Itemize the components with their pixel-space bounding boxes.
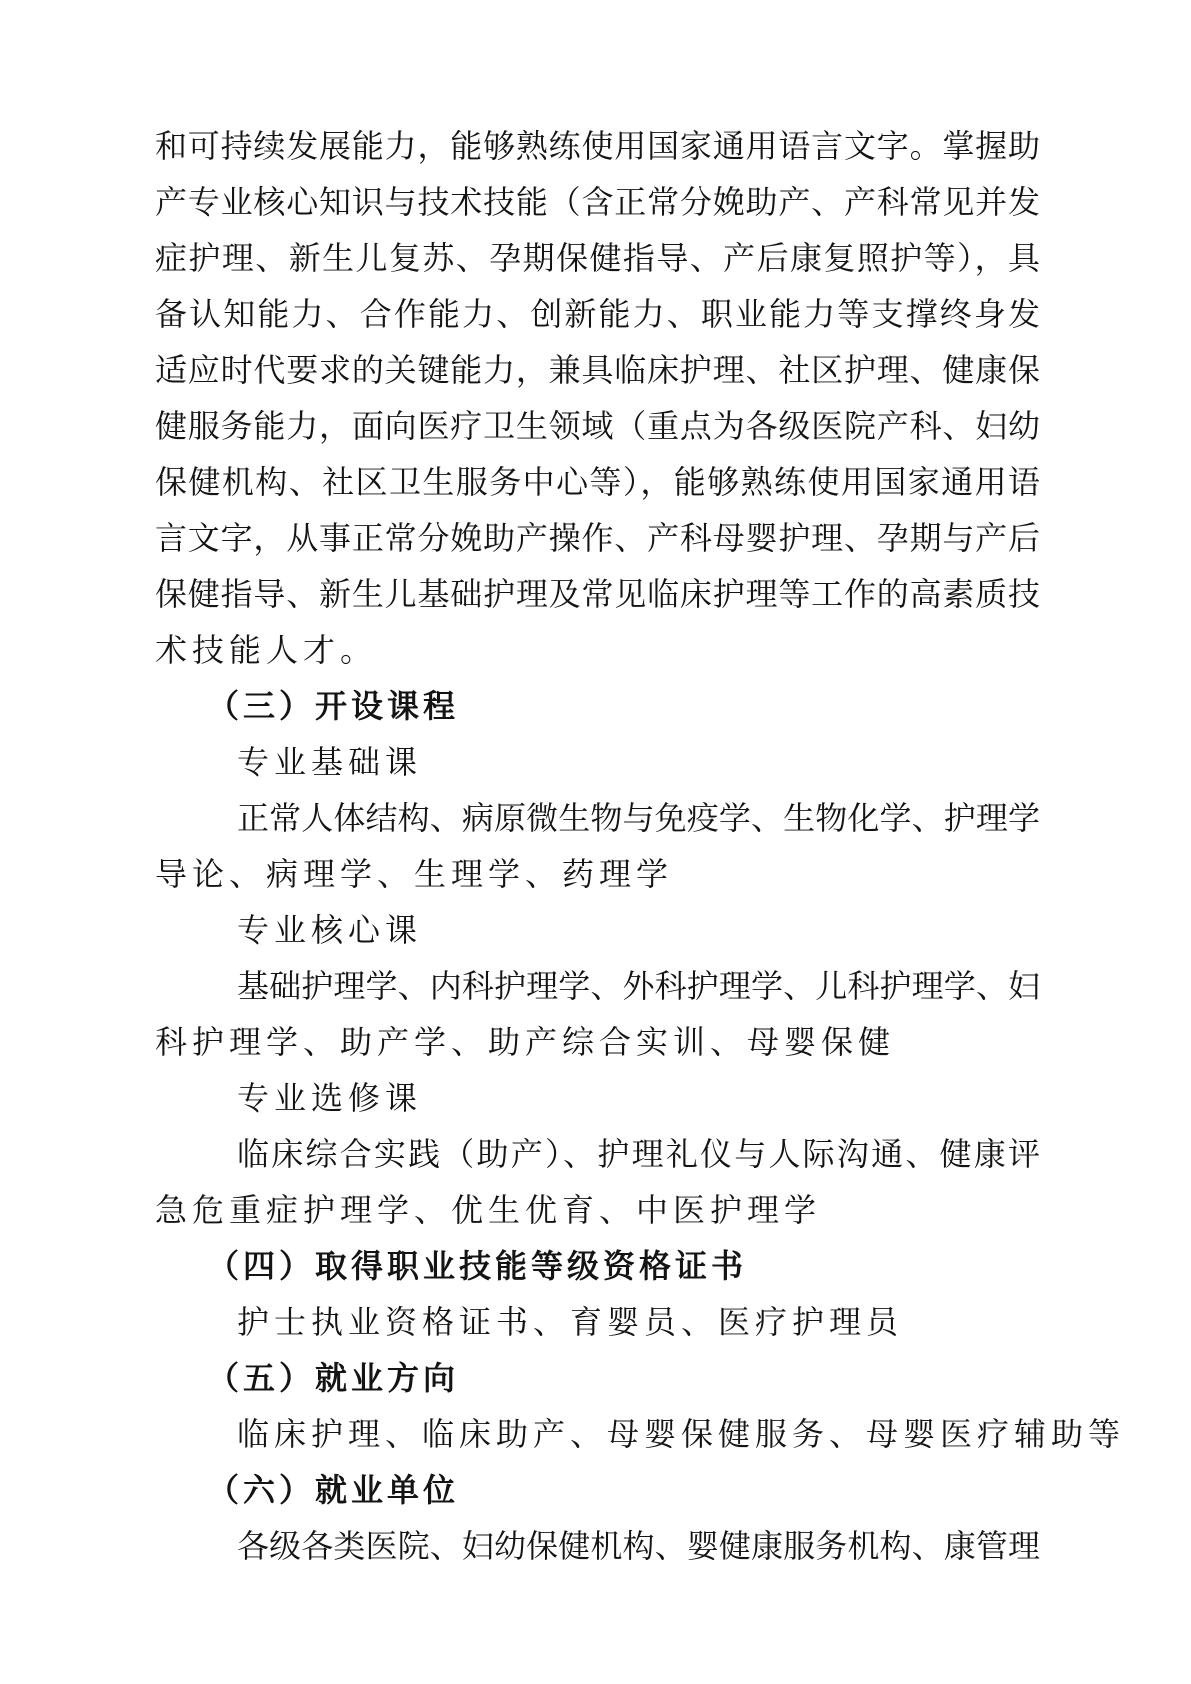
document-body: 和可持续发展能力，能够熟练使用国家通用语言文字。掌握助产专业核心知识与技术技能（… (155, 118, 1040, 1574)
text-line: 专业核心课 (155, 902, 1040, 958)
text-line: 临床综合实践（助产）、护理礼仪与人际沟通、健康评估、 (155, 1126, 1040, 1182)
section-heading: （三）开设课程 (155, 678, 1040, 734)
text-line: 症护理、新生儿复苏、孕期保健指导、产后康复照护等），具 (155, 230, 1040, 286)
text-line: 保健机构、社区卫生服务中心等），能够熟练使用国家通用语 (155, 454, 1040, 510)
text-line: 临床护理、临床助产、母婴保健服务、母婴医疗辅助等 (155, 1406, 1040, 1462)
section-heading: （五）就业方向 (155, 1350, 1040, 1406)
text-line: 产专业核心知识与技术技能（含正常分娩助产、产科常见并发 (155, 174, 1040, 230)
text-line: 和可持续发展能力，能够熟练使用国家通用语言文字。掌握助 (155, 118, 1040, 174)
text-line: 备认知能力、合作能力、创新能力、职业能力等支撑终身发展、 (155, 286, 1040, 342)
text-line: 护士执业资格证书、育婴员、医疗护理员 (155, 1294, 1040, 1350)
text-line: 专业基础课 (155, 734, 1040, 790)
text-line: 言文字，从事正常分娩助产操作、产科母婴护理、孕期与产后 (155, 510, 1040, 566)
text-line: 术技能人才。 (155, 622, 1040, 678)
text-line: 急危重症护理学、优生优育、中医护理学 (155, 1182, 1040, 1238)
text-line: 导论、病理学、生理学、药理学 (155, 846, 1040, 902)
text-line: 正常人体结构、病原微生物与免疫学、生物化学、护理学 (155, 790, 1040, 846)
section-heading: （四）取得职业技能等级资格证书 (155, 1238, 1040, 1294)
document-page: 和可持续发展能力，能够熟练使用国家通用语言文字。掌握助产专业核心知识与技术技能（… (0, 0, 1191, 1684)
text-line: 各级各类医院、妇幼保健机构、婴健康服务机构、康管理 (155, 1518, 1040, 1574)
text-line: 适应时代要求的关键能力，兼具临床护理、社区护理、健康保 (155, 342, 1040, 398)
text-line: 科护理学、助产学、助产综合实训、母婴保健 (155, 1014, 1040, 1070)
text-line: 基础护理学、内科护理学、外科护理学、儿科护理学、妇 (155, 958, 1040, 1014)
section-heading: （六）就业单位 (155, 1462, 1040, 1518)
text-line: 保健指导、新生儿基础护理及常见临床护理等工作的高素质技 (155, 566, 1040, 622)
text-line: 健服务能力，面向医疗卫生领域（重点为各级医院产科、妇幼 (155, 398, 1040, 454)
text-line: 专业选修课 (155, 1070, 1040, 1126)
